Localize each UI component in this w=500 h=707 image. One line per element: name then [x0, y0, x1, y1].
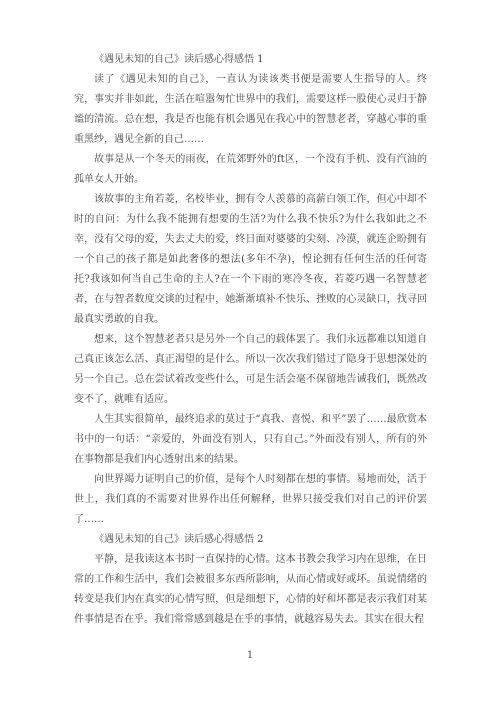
paragraph: 向世界竭力证明自己的价值，是每个人时刻都在想的事情。易地而处，活于世上，我们真的… — [74, 470, 427, 530]
paragraph: 人生其实很简单，最终追求的莫过于“真我、喜悦、和平”罢了……最欣赏本书中的一句话… — [74, 410, 427, 470]
document-page: 《遇见未知的自己》读后感心得感悟 1 读了《遇见未知的自己》，一直认为读该类书便… — [0, 0, 500, 707]
section-2-heading: 《遇见未知的自己》读后感心得感悟 2 — [74, 530, 427, 550]
paragraph: 故事是从一个冬天的雨夜，在荒郊野外的ft区，一个没有手机、没有汽油的孤单女人开始… — [74, 150, 427, 190]
paragraph: 想来，这个智慧老者只是另外一个自己的载体罢了。我们永远都难以知道自己真正该怎么活… — [74, 330, 427, 410]
page-number: 1 — [247, 650, 253, 661]
paragraph: 该故事的主角若菱，名校毕业，拥有令人羡慕的高薪白领工作，但心中却不时的自问：为什… — [74, 190, 427, 330]
section-1-heading: 《遇见未知的自己》读后感心得感悟 1 — [74, 50, 427, 70]
paragraph: 读了《遇见未知的自己》，一直认为读该类书便是需要人生指导的人。终究，事实并非如此… — [74, 70, 427, 150]
page-footer: 1 — [0, 643, 500, 663]
paragraph: 平静，是我读这本书时一直保持的心情。这本书教会我学习内在思维，在日常的工作和生活… — [74, 550, 427, 630]
document-content: 《遇见未知的自己》读后感心得感悟 1 读了《遇见未知的自己》，一直认为读该类书便… — [74, 0, 427, 630]
